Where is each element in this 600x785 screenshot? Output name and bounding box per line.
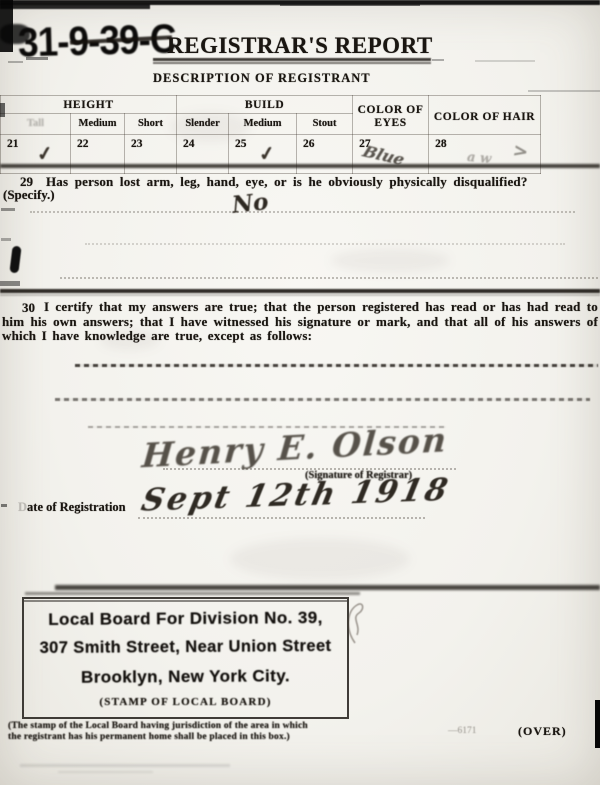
registration-date-entry: Sept 12th 1918: [138, 471, 453, 518]
left-edge-mark-1: [0, 103, 5, 117]
faint-dash-right-1: [475, 60, 535, 62]
section-rule-q30: [0, 289, 600, 293]
item-number-23: 23: [131, 138, 143, 150]
serial-underdash-1: [26, 57, 48, 60]
pen-squiggle: [341, 599, 367, 649]
registrar-report-document: 31-9-39-C REGISTRAR'S REPORT DESCRIPTION…: [0, 0, 600, 785]
item-number-26: 26: [303, 138, 315, 150]
followup-line-1: [75, 364, 598, 367]
paper-blotch-1: [170, 112, 250, 142]
item-number-22: 22: [77, 138, 89, 150]
answer-line-3: [60, 277, 598, 279]
height-group-header: HEIGHT: [1, 96, 177, 114]
date-label-faded-letter: D: [18, 500, 27, 514]
date-line: [138, 517, 425, 519]
stamp-box-caption: (STAMP OF LOCAL BOARD): [24, 696, 347, 708]
stamp-box-inner-rule: [24, 600, 347, 602]
paper-blotch-3: [330, 248, 450, 273]
left-edge-mark-3: [1, 238, 11, 241]
ink-blot-exclamation: [9, 246, 21, 274]
q29-text: Has person lost arm, leg, hand, eye, or …: [46, 174, 598, 190]
left-edge-mark-4: [0, 281, 20, 286]
answer-line-2: [85, 243, 565, 245]
left-edge-mark-5: [1, 504, 7, 507]
item-number-28: 28: [435, 138, 447, 150]
title-rule-2: [153, 62, 431, 64]
followup-line-2: [55, 398, 590, 401]
q29-specify-label: (Specify.): [3, 187, 55, 203]
q30-certification-text: I certify that my answers are true; that…: [2, 300, 598, 344]
faint-dash-right-2: [528, 90, 600, 92]
subcol-tall: Tall: [1, 114, 71, 135]
page-title: REGISTRAR'S REPORT: [167, 33, 433, 59]
title-rule-ext: [432, 59, 444, 61]
table-bottom-rule: [0, 164, 600, 168]
footnote-line-1: (The stamp of the Local Board having jur…: [8, 721, 308, 731]
q29-answer: No: [231, 188, 270, 219]
eyes-column-header: COLOR OF EYES: [353, 96, 429, 135]
stamp-line-board: Local Board For Division No. 39,: [24, 608, 347, 630]
date-label-text: ate of Registration: [27, 500, 126, 514]
date-of-registration-label: Date of Registration: [18, 500, 126, 515]
over-label: (OVER): [518, 724, 567, 739]
bottom-streak-1: [20, 764, 230, 767]
height-checkmark: ✓: [36, 142, 55, 166]
build-group-header: BUILD: [177, 96, 353, 114]
footnote-line-2: the registrant has his permanent home sh…: [8, 732, 290, 742]
scan-artifact-top-bar-mid: [280, 4, 420, 6]
serial-underdash-2: [8, 61, 23, 63]
subcol-short: Short: [125, 114, 177, 135]
registrar-signature: Henry E. Olson: [140, 420, 449, 475]
local-board-stamp-box: Local Board For Division No. 39, 307 Smi…: [22, 597, 349, 719]
stamp-line-city: Brooklyn, New York City.: [24, 666, 347, 688]
item-number-21: 21: [7, 138, 19, 150]
bottom-streak-2: [58, 771, 153, 773]
answer-line-1: [30, 211, 575, 213]
subcol-medium-height: Medium: [71, 114, 125, 135]
section-subtitle: DESCRIPTION OF REGISTRANT: [153, 71, 371, 86]
title-rule-1: [153, 58, 431, 61]
stamp-line-street: 307 Smith Street, Near Union Street: [24, 637, 347, 658]
paper-blotch-4: [100, 330, 160, 350]
smudge-rule-1: [55, 585, 600, 590]
section-rule-q30-echo: [0, 294, 600, 296]
description-table: HEIGHT BUILD COLOR OF EYES COLOR OF HAIR…: [0, 95, 541, 174]
hair-column-header: COLOR OF HAIR: [429, 96, 541, 135]
form-number: —6171: [448, 726, 477, 736]
stray-pen-mark: >: [511, 140, 530, 163]
paper-blotch-2: [230, 538, 410, 580]
item-number-25: 25: [235, 138, 247, 150]
subcol-stout: Stout: [297, 114, 353, 135]
scan-artifact-top-bar-left: [0, 4, 150, 9]
build-checkmark: ✓: [258, 142, 277, 166]
smudge-rule-2: [25, 592, 360, 595]
left-edge-mark-2: [1, 208, 15, 211]
scan-artifact-right-edge-bar: [595, 700, 600, 748]
